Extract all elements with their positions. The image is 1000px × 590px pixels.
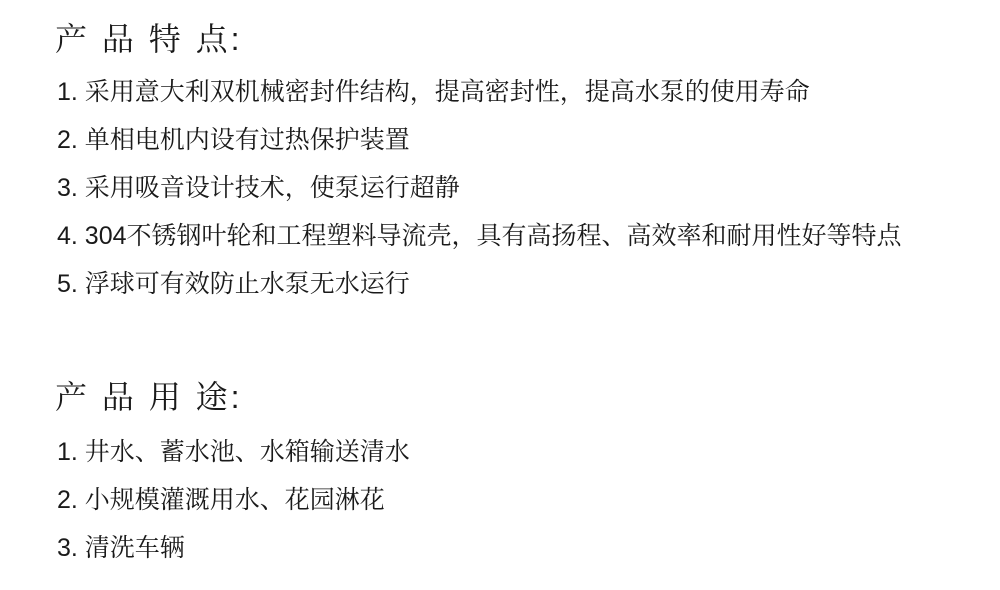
use-item: 2. 小规模灌溉用水、花园淋花 xyxy=(57,476,1000,524)
feature-item: 4. 304不锈钢叶轮和工程塑料导流壳，具有高扬程、高效率和耐用性好等特点 xyxy=(57,212,1000,260)
features-list: 1. 采用意大利双机械密封件结构，提高密封性，提高水泵的使用寿命 2. 单相电机… xyxy=(0,68,1000,308)
product-features-section: 产 品 特 点: 1. 采用意大利双机械密封件结构，提高密封性，提高水泵的使用寿… xyxy=(0,22,1000,308)
uses-section-title: 产 品 用 途: xyxy=(55,380,1000,414)
feature-item: 1. 采用意大利双机械密封件结构，提高密封性，提高水泵的使用寿命 xyxy=(57,68,1000,116)
use-item: 3. 清洗车辆 xyxy=(57,524,1000,572)
product-description-page: 产 品 特 点: 1. 采用意大利双机械密封件结构，提高密封性，提高水泵的使用寿… xyxy=(0,0,1000,590)
feature-item: 2. 单相电机内设有过热保护装置 xyxy=(57,116,1000,164)
uses-list: 1. 井水、蓄水池、水箱输送清水 2. 小规模灌溉用水、花园淋花 3. 清洗车辆 xyxy=(0,428,1000,572)
features-section-title: 产 品 特 点: xyxy=(55,22,1000,56)
feature-item: 3. 采用吸音设计技术，使泵运行超静 xyxy=(57,164,1000,212)
use-item: 1. 井水、蓄水池、水箱输送清水 xyxy=(57,428,1000,476)
feature-item: 5. 浮球可有效防止水泵无水运行 xyxy=(57,260,1000,308)
product-uses-section: 产 品 用 途: 1. 井水、蓄水池、水箱输送清水 2. 小规模灌溉用水、花园淋… xyxy=(0,380,1000,572)
